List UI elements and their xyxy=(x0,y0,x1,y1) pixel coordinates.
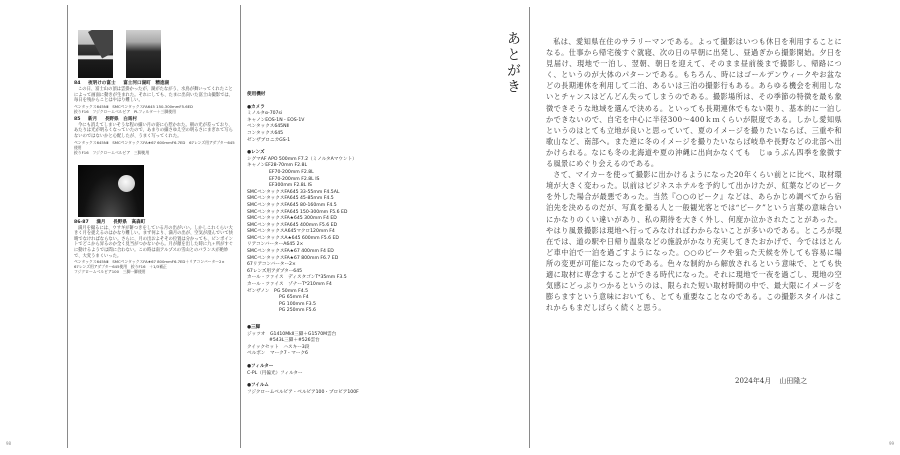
page-divider-right xyxy=(529,7,530,448)
equipment-list: 使用機材 ●カメラ ミノルタα-707si キャノンEOS-1N・EOS-1V … xyxy=(247,92,427,396)
tripod-heading: ●三脚 xyxy=(247,325,427,332)
camera-list: ミノルタα-707si キャノンEOS-1N・EOS-1V ペンタックス645N… xyxy=(247,111,427,144)
afterword-signature: 2024年4月山田隆之 xyxy=(735,376,807,386)
lens-item: カール・ツァイス ゾナーT*210mm F4 xyxy=(247,282,427,289)
lens-item: キャノンEF28-70mm F2.8L xyxy=(247,163,427,170)
lens-item: PG 65mm F4 xyxy=(247,295,427,302)
caption-86-body: 満月を撮るには、ウサギが餅つきをしている月の出がいい。しかしこれくらい大きく月を… xyxy=(74,226,236,260)
filter-heading: ●フィルター xyxy=(247,364,427,371)
photo-captions: 84 夜明けの富士 富士河口湖町 精進湖 この日、富士山の頂は雲掛かったが、湖が… xyxy=(74,30,236,274)
caption-heading: 夜明けの富士 xyxy=(88,81,116,86)
film-heading: ●フイルム xyxy=(247,383,427,390)
lens-item: EF300mm F2.8L IS xyxy=(247,183,427,190)
afterword-paragraph: さて、マイカーを使って撮影に出かけるようになった20年くらい前とに比べ、取材環境… xyxy=(546,169,842,313)
lens-item: SMCペンタックスFA645 45-85mm F4.5 xyxy=(247,196,427,203)
lens-item: PG 100mm F3.5 xyxy=(247,302,427,309)
lens-item: SMCペンタックスFA645 80-160mm F4.5 xyxy=(247,203,427,210)
caption-location: 長野県 高森町 xyxy=(113,220,145,225)
lens-item: PG 250mm F5.6 xyxy=(247,308,427,315)
signature-date: 2024年4月 xyxy=(735,377,771,385)
camera-item: ミノルタα-707si xyxy=(247,111,427,118)
caption-84-body: この日、富士山の頂は雲掛かったが、湖がたながう、水鳥が舞いってくれたことによって… xyxy=(74,87,236,104)
filter-item: C-PL（円偏光）フィルター xyxy=(247,371,427,378)
photo-lake-forest xyxy=(126,30,161,78)
signature-author: 山田隆之 xyxy=(779,377,807,385)
caption-85-body: 今にも消えてしまいそうな程の細い月の姿に心惹かれた。朝の光が差っており、あたりは… xyxy=(74,123,236,140)
tripod-item: ベルボン マーク7・マーク6 xyxy=(247,351,427,358)
caption-location: 長野県 白馬村 xyxy=(105,117,137,122)
photo-full-moon xyxy=(78,165,144,217)
camera-item: ゼンザブロニカGS-1 xyxy=(247,138,427,145)
film-item: フジクロームベルビア・ベルビア100・プロビア100F xyxy=(247,390,427,397)
lens-item: SMCペンタックスFA★67 400mm F4 ED xyxy=(247,249,427,256)
camera-item: ペンタックス645NⅡ xyxy=(247,124,427,131)
lens-heading: ●レンズ xyxy=(247,150,427,157)
caption-location: 富士河口湖町 精進湖 xyxy=(123,81,169,86)
lens-item: 67リアコンバーター2× xyxy=(247,262,427,269)
book-spread: 98 99 84 夜明けの富士 富士河口湖町 精進湖 この日、富士山の頂は雲掛か… xyxy=(0,0,900,455)
caption-number: 85 xyxy=(74,117,80,122)
caption-86-spec3: フジクロームベルビア100 三脚一脚使用 xyxy=(74,269,236,274)
photo-row-top xyxy=(78,30,236,78)
lens-item: ゼンザノン PG 50mm F4.5 xyxy=(247,289,427,296)
moon-disc xyxy=(118,175,135,192)
lens-item: SMCペンタックスA645マクロ120mm F4 xyxy=(247,229,427,236)
caption-number: 86-87 xyxy=(74,220,89,225)
afterword-body: 私は、愛知県在住のサラリーマンである。よって撮影はいつも休日を利用することになる… xyxy=(546,36,842,313)
lens-item: SMCペンタックスFA★645 300mm F4 ED xyxy=(247,216,427,223)
page-number-left: 98 xyxy=(6,441,11,446)
lens-list: シグマAF APO 500mm F7.2（ミノルタAマウント） キャノンEF28… xyxy=(247,157,427,315)
lens-item: EF70-200mm F2.8L xyxy=(247,170,427,177)
column-divider xyxy=(240,5,241,448)
caption-84-spec2: 絞りF16 フジクロームベルビア PLフィルター＋三脚使用 xyxy=(74,109,236,114)
caption-85-spec2: 絞りF16 フジクロームベルビア 三脚使用 xyxy=(74,150,236,155)
caption-85-spec: ペンタックス645NⅡ SMCペンタックスFA★67 600mmF6.7ED 6… xyxy=(74,140,236,150)
caption-number: 84 xyxy=(74,81,80,86)
tripod-list: ジッツオ G1410MkⅡ三脚＋G1570M雲台 #543L三脚＋#526雲台 … xyxy=(247,332,427,358)
afterword-title: あとがき xyxy=(503,31,523,95)
tripod-item: #543L三脚＋#526雲台 xyxy=(247,338,427,345)
caption-heading: 満月 xyxy=(96,220,105,225)
caption-heading: 新月 xyxy=(88,117,97,122)
page-divider-left xyxy=(67,5,68,448)
photo-fuji-dawn xyxy=(78,30,113,78)
afterword-paragraph: 私は、愛知県在住のサラリーマンである。よって撮影はいつも休日を利用することになる… xyxy=(546,36,842,169)
page-number-right: 99 xyxy=(889,441,894,446)
equipment-title: 使用機材 xyxy=(247,92,427,99)
camera-item: コンタックス645 xyxy=(247,131,427,138)
